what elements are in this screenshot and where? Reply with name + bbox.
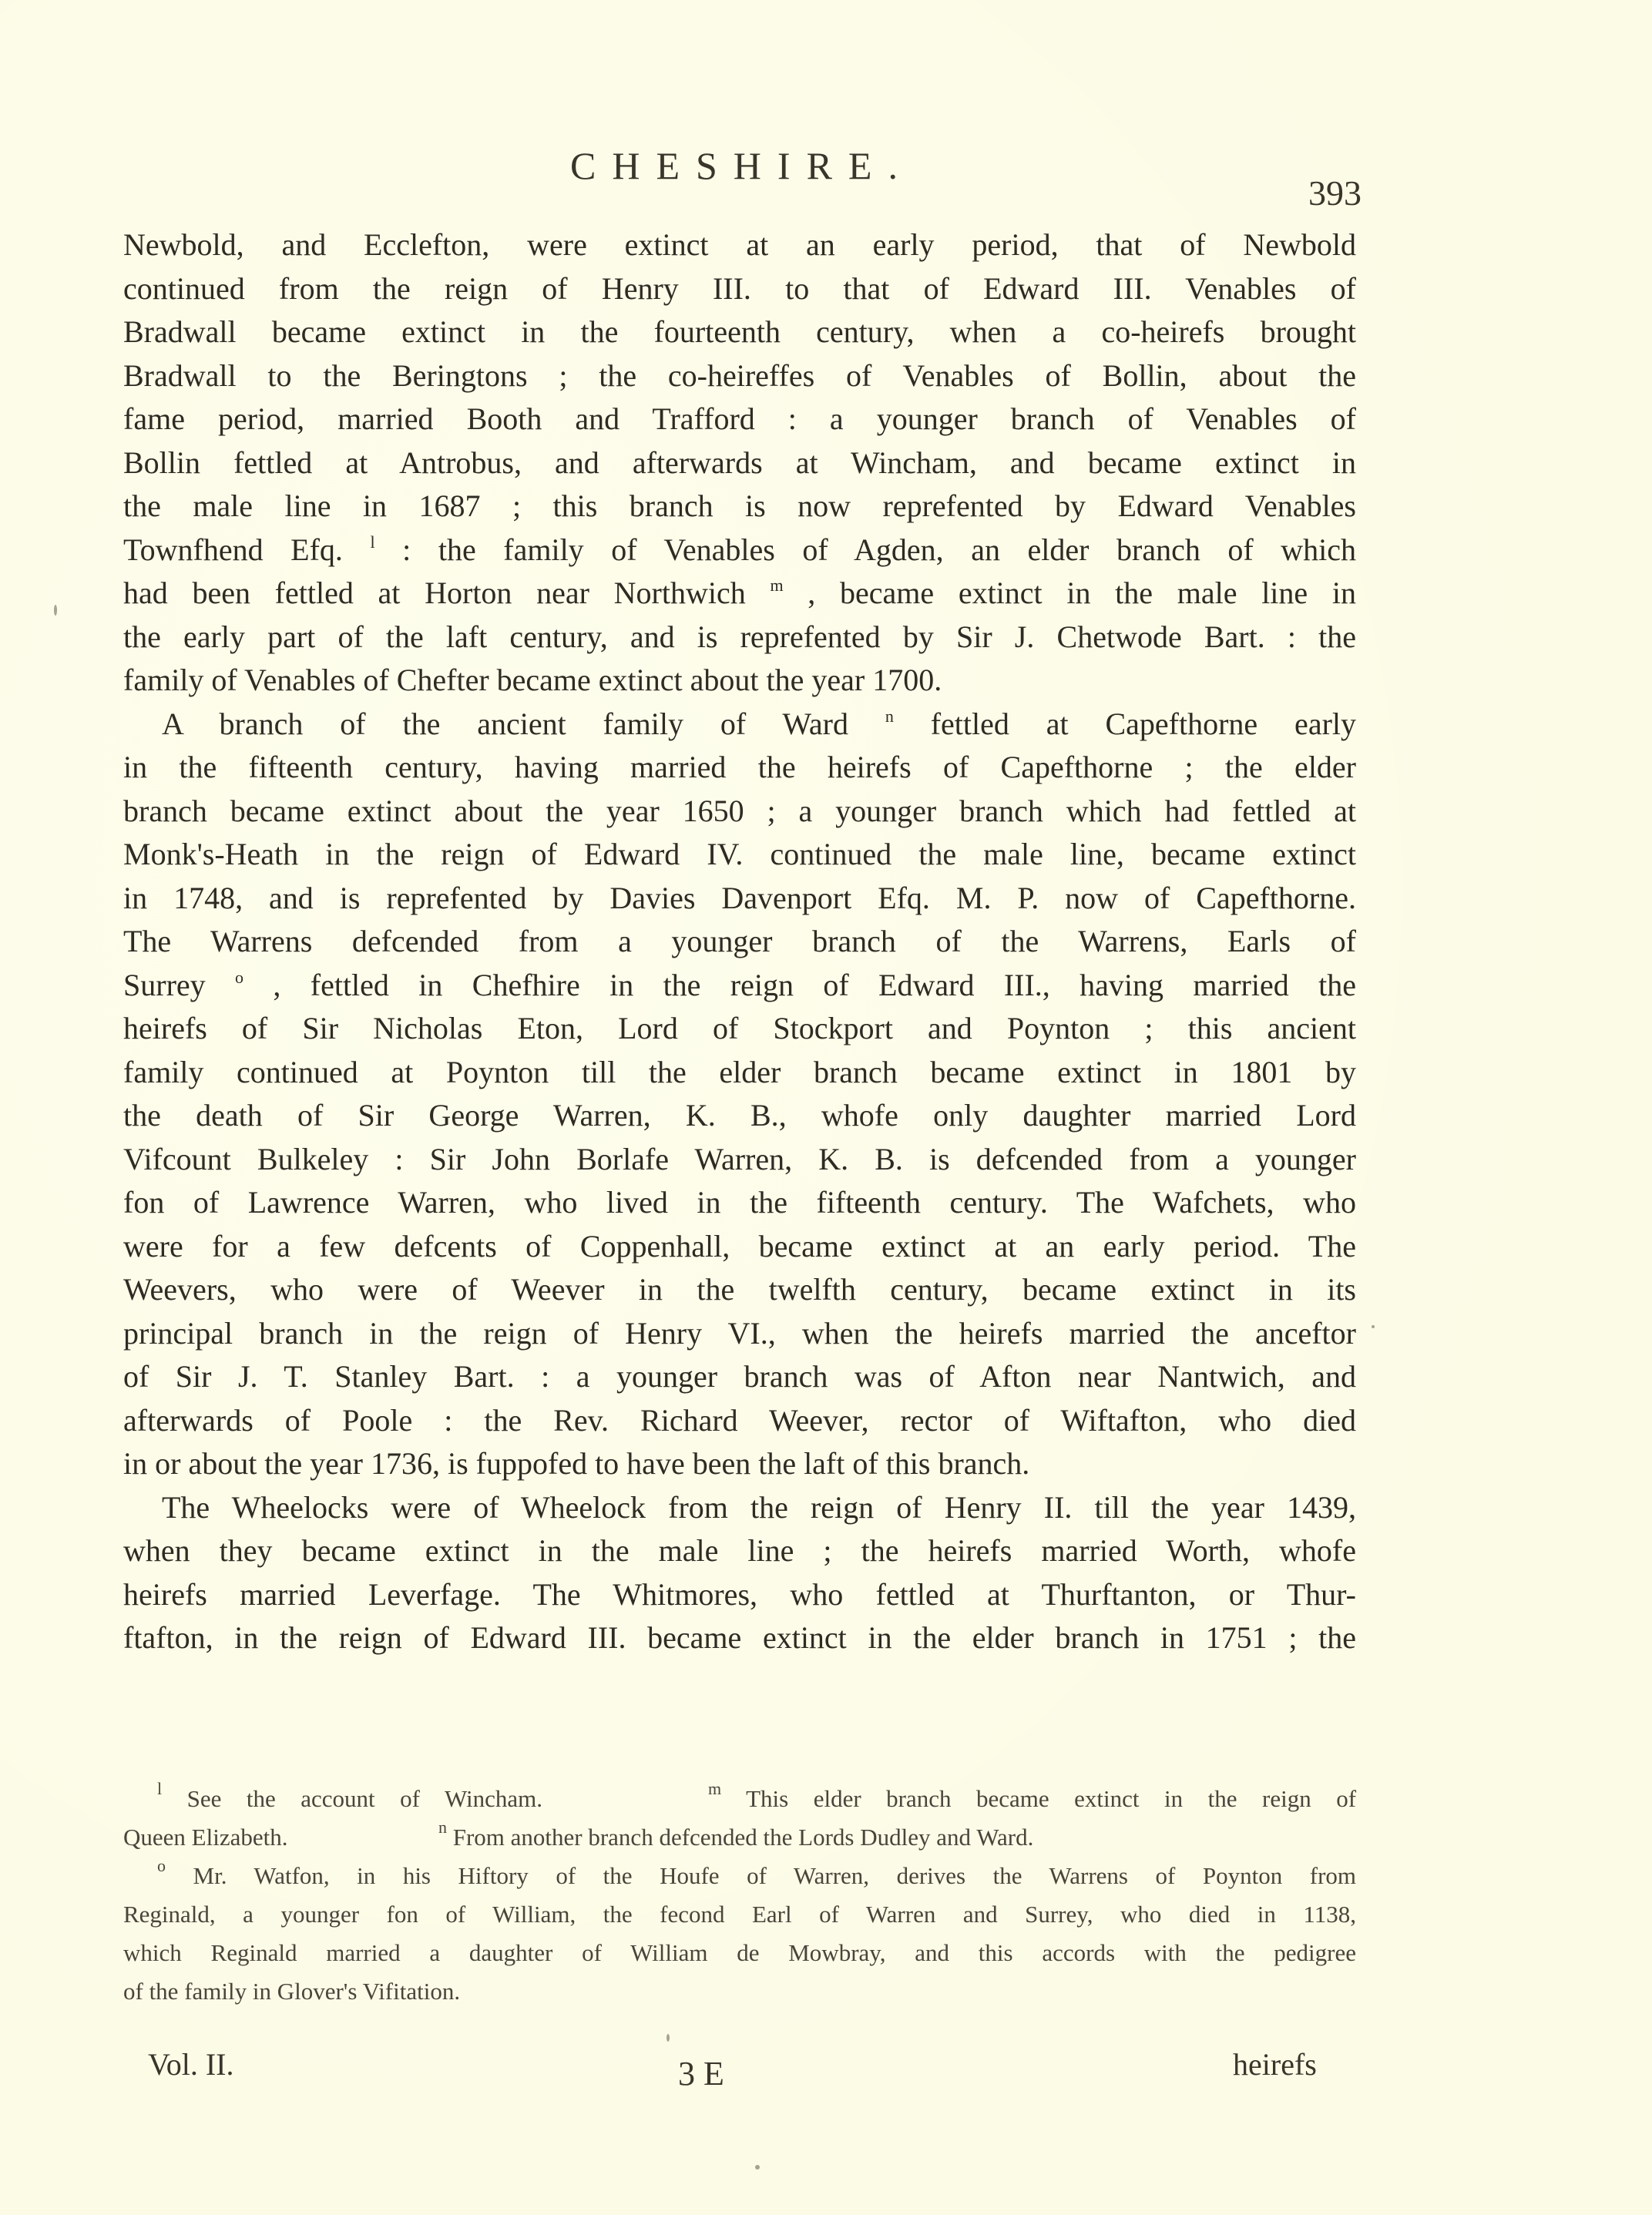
footnote-row: Reginald, a younger fon of William, the …: [123, 1895, 1356, 1934]
footnote-l-text: See the account of Wincham.: [187, 1785, 542, 1812]
footnote-row: Queen Elizabeth. n From another branch d…: [123, 1818, 1356, 1857]
footnote-m-text-continued: Queen Elizabeth.: [123, 1824, 287, 1851]
text-line: heirefs of Sir Nicholas Eton, Lord of St…: [123, 1007, 1356, 1051]
text-line: fon of Lawrence Warren, who lived in the…: [123, 1181, 1356, 1225]
paper-mark: [755, 2165, 760, 2170]
text-line: in or about the year 1736, is fuppofed t…: [123, 1442, 1356, 1486]
paper-mark: [1372, 1325, 1375, 1328]
text-line: the early part of the laft century, and …: [123, 616, 1356, 659]
text-line: the male line in 1687 ; this branch is n…: [123, 485, 1356, 529]
text-line: Bollin fettled at Antrobus, and afterwar…: [123, 441, 1356, 485]
text-line: in 1748, and is reprefented by Davies Da…: [123, 877, 1356, 921]
running-head: CHESHIRE. 393: [0, 143, 1652, 205]
paper-mark: [667, 2034, 670, 2042]
signature-mark: 3 E: [678, 2054, 724, 2093]
catchword: heirefs: [1233, 2046, 1317, 2082]
text-line: family of Venables of Chefter became ext…: [123, 659, 1356, 703]
footnote-m-text: This elder branch became extinct in the …: [746, 1785, 1356, 1812]
text-line: Surrey o , fettled in Chefhire in the re…: [123, 964, 1356, 1008]
footnote-marker-l: l: [157, 1779, 162, 1798]
text-line: Vifcount Bulkeley : Sir John Borlafe War…: [123, 1138, 1356, 1182]
footnote-marker-n: n: [438, 1817, 447, 1837]
footnotes: l See the account of Wincham. m This eld…: [123, 1780, 1356, 2011]
text-line: Weevers, who were of Weever in the twelf…: [123, 1268, 1356, 1312]
footnote-row: o Mr. Watfon, in his Hiftory of the Houf…: [123, 1857, 1356, 1895]
text-line: A branch of the ancient family of Ward n…: [123, 703, 1356, 747]
running-title: CHESHIRE.: [570, 143, 914, 188]
text-line: continued from the reign of Henry III. t…: [123, 267, 1356, 311]
text-line: Bradwall became extinct in the fourteent…: [123, 310, 1356, 354]
footnote-row: of the family in Glover's Vifitation.: [123, 1972, 1356, 2011]
footnote-marker-m: m: [708, 1779, 721, 1798]
text-line: principal branch in the reign of Henry V…: [123, 1312, 1356, 1356]
footnote-marker-o: o: [157, 1856, 166, 1875]
text-line: The Warrens defcended from a younger bra…: [123, 920, 1356, 964]
page-footer: Vol. II. 3 E heirefs: [0, 2046, 1652, 2108]
footnote-n-text: From another branch defcended the Lords …: [453, 1824, 1034, 1851]
text-line: the death of Sir George Warren, K. B., w…: [123, 1094, 1356, 1138]
footnote-o-text: Mr. Watfon, in his Hiftory of the Houfe …: [193, 1862, 1356, 1889]
text-line: Newbold, and Ecclefton, were extinct at …: [123, 223, 1356, 267]
text-line: when they became extinct in the male lin…: [123, 1529, 1356, 1573]
text-segment: : the family of Venables of Agden, an el…: [402, 532, 1356, 567]
page-number: 393: [1308, 173, 1362, 213]
text-line: The Wheelocks were of Wheelock from the …: [123, 1486, 1356, 1530]
text-line: Monk's-Heath in the reign of Edward IV. …: [123, 833, 1356, 877]
text-line: branch became extinct about the year 165…: [123, 790, 1356, 834]
footnote-row: which Reginald married a daughter of Wil…: [123, 1934, 1356, 1972]
text-line: Townfhend Efq. l : the family of Venable…: [123, 529, 1356, 572]
text-line: were for a few defcents of Coppenhall, b…: [123, 1225, 1356, 1269]
book-page: CHESHIRE. 393 Newbold, and Ecclefton, we…: [0, 0, 1652, 2215]
footnote-marker-l: l: [370, 532, 374, 552]
text-segment: A branch of the ancient family of Ward: [162, 706, 848, 741]
body-text: Newbold, and Ecclefton, were extinct at …: [123, 223, 1356, 1660]
text-line: family continued at Poynton till the eld…: [123, 1051, 1356, 1095]
text-segment: Townfhend Efq.: [123, 532, 343, 567]
footnote-row: l See the account of Wincham. m This eld…: [123, 1780, 1356, 1818]
footnote-marker-o: o: [235, 968, 243, 987]
text-segment: , fettled in Chefhire in the reign of Ed…: [273, 968, 1356, 1002]
text-line: of Sir J. T. Stanley Bart. : a younger b…: [123, 1355, 1356, 1399]
text-line: afterwards of Poole : the Rev. Richard W…: [123, 1399, 1356, 1443]
text-line: ftafton, in the reign of Edward III. bec…: [123, 1616, 1356, 1660]
footnote-marker-m: m: [770, 576, 783, 595]
paper-mark: [54, 605, 57, 616]
text-line: Bradwall to the Beringtons ; the co-heir…: [123, 354, 1356, 398]
footnote-marker-n: n: [885, 706, 894, 726]
text-line: in the fifteenth century, having married…: [123, 746, 1356, 790]
text-segment: had been fettled at Horton near Northwic…: [123, 576, 746, 610]
text-line: fame period, married Booth and Trafford …: [123, 398, 1356, 441]
text-segment: Surrey: [123, 968, 206, 1002]
text-segment: , became extinct in the male line in: [808, 576, 1356, 610]
text-line: heirefs married Leverfage. The Whitmores…: [123, 1573, 1356, 1617]
text-line: had been fettled at Horton near Northwic…: [123, 572, 1356, 616]
volume-label: Vol. II.: [148, 2046, 233, 2082]
text-segment: fettled at Capefthorne early: [931, 706, 1356, 741]
